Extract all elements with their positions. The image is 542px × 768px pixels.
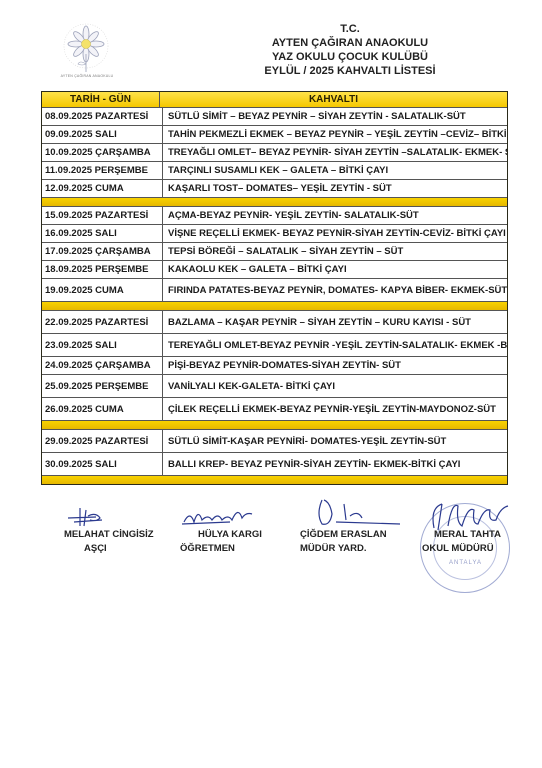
- menu-cell: VANİLYALI KEK-GALETA- BİTKİ ÇAYI: [163, 375, 507, 397]
- date-cell: 09.09.2025 SALI: [42, 126, 163, 143]
- table-row: 24.09.2025 ÇARŞAMBAPİŞİ-BEYAZ PEYNİR-DOM…: [42, 356, 507, 374]
- date-cell: 23.09.2025 SALI: [42, 334, 163, 356]
- signature-cook: MELAHAT CİNGİSİZ AŞÇI: [64, 508, 174, 556]
- signature-vice-principal: ÇİĞDEM ERASLAN MÜDÜR YARD.: [300, 508, 410, 556]
- week-separator: [42, 197, 507, 206]
- menu-cell: SÜTLÜ SİMİT-KAŞAR PEYNİRİ- DOMATES-YEŞİL…: [163, 430, 507, 452]
- menu-cell: KAŞARLI TOST– DOMATES– YEŞİL ZEYTİN - SÜ…: [163, 180, 507, 197]
- date-cell: 30.09.2025 SALI: [42, 453, 163, 475]
- logo-caption: AYTEN ÇAĞIRAN ANAOKULU: [52, 74, 122, 78]
- menu-cell: FIRINDA PATATES-BEYAZ PEYNİR, DOMATES- K…: [163, 279, 507, 301]
- date-cell: 12.09.2025 CUMA: [42, 180, 163, 197]
- table-row: 19.09.2025 CUMAFIRINDA PATATES-BEYAZ PEY…: [42, 278, 507, 301]
- table-row: 25.09.2025 PERŞEMBEVANİLYALI KEK-GALETA-…: [42, 374, 507, 397]
- table-row: 30.09.2025 SALIBALLI KREP- BEYAZ PEYNİR-…: [42, 452, 507, 475]
- menu-cell: SÜTLÜ SİMİT – BEYAZ PEYNİR – SİYAH ZEYTİ…: [163, 108, 507, 125]
- date-cell: 18.09.2025 PERŞEMBE: [42, 261, 163, 278]
- table-row: 15.09.2025 PAZARTESİAÇMA-BEYAZ PEYNİR- Y…: [42, 206, 507, 224]
- document-header: T.C. AYTEN ÇAĞIRAN ANAOKULU YAZ OKULU ÇO…: [180, 22, 520, 78]
- header-line-tc: T.C.: [180, 22, 520, 36]
- handwritten-signature-icon: [310, 496, 410, 528]
- table-row: 10.09.2025 ÇARŞAMBATREYAĞLI OMLET– BEYAZ…: [42, 143, 507, 161]
- date-cell: 16.09.2025 SALI: [42, 225, 163, 242]
- daisy-flower-logo-icon: [58, 20, 114, 82]
- date-cell: 10.09.2025 ÇARŞAMBA: [42, 144, 163, 161]
- signer-role: OKUL MÜDÜRÜ: [422, 542, 522, 556]
- menu-cell: ÇİLEK REÇELLİ EKMEK-BEYAZ PEYNİR-YEŞİL Z…: [163, 398, 507, 420]
- week-separator: [42, 475, 507, 484]
- menu-cell: BAZLAMA – KAŞAR PEYNİR – SİYAH ZEYTİN – …: [163, 311, 507, 333]
- week-separator: [42, 301, 507, 310]
- signer-role: MÜDÜR YARD.: [300, 542, 410, 556]
- menu-cell: TEPSİ BÖREĞİ – SALATALIK – SİYAH ZEYTİN …: [163, 243, 507, 260]
- table-row: 23.09.2025 SALITEREYAĞLI OMLET-BEYAZ PEY…: [42, 333, 507, 356]
- handwritten-signature-icon: [428, 498, 518, 536]
- date-cell: 17.09.2025 ÇARŞAMBA: [42, 243, 163, 260]
- date-cell: 22.09.2025 PAZARTESİ: [42, 311, 163, 333]
- table-row: 22.09.2025 PAZARTESİBAZLAMA – KAŞAR PEYN…: [42, 310, 507, 333]
- date-cell: 24.09.2025 ÇARŞAMBA: [42, 357, 163, 374]
- date-cell: 19.09.2025 CUMA: [42, 279, 163, 301]
- header-club-name: YAZ OKULU ÇOCUK KULÜBÜ: [180, 50, 520, 64]
- table-row: 18.09.2025 PERŞEMBEKAKAOLU KEK – GALETA …: [42, 260, 507, 278]
- table-row: 16.09.2025 SALIVİŞNE REÇELLİ EKMEK- BEYA…: [42, 224, 507, 242]
- signer-role: AŞÇI: [64, 542, 174, 556]
- handwritten-signature-icon: [180, 504, 260, 528]
- menu-cell: TREYAĞLI OMLET– BEYAZ PEYNİR- SİYAH ZEYT…: [163, 144, 507, 161]
- table-row: 26.09.2025 CUMAÇİLEK REÇELLİ EKMEK-BEYAZ…: [42, 397, 507, 420]
- column-header-date: TARİH - GÜN: [42, 92, 160, 107]
- date-cell: 08.09.2025 PAZARTESİ: [42, 108, 163, 125]
- menu-cell: PİŞİ-BEYAZ PEYNİR-DOMATES-SİYAH ZEYTİN- …: [163, 357, 507, 374]
- header-school-name: AYTEN ÇAĞIRAN ANAOKULU: [180, 36, 520, 50]
- menu-cell: KAKAOLU KEK – GALETA – BİTKİ ÇAYI: [163, 261, 507, 278]
- table-row: 12.09.2025 CUMAKAŞARLI TOST– DOMATES– YE…: [42, 179, 507, 197]
- signature-principal: MERAL TAHTA OKUL MÜDÜRÜ: [422, 508, 522, 556]
- date-cell: 29.09.2025 PAZARTESİ: [42, 430, 163, 452]
- table-row: 08.09.2025 PAZARTESİSÜTLÜ SİMİT – BEYAZ …: [42, 107, 507, 125]
- menu-cell: TARÇINLI SUSAMLI KEK – GALETA – BİTKİ ÇA…: [163, 162, 507, 179]
- table-row: 11.09.2025 PERŞEMBETARÇINLI SUSAMLI KEK …: [42, 161, 507, 179]
- date-cell: 26.09.2025 CUMA: [42, 398, 163, 420]
- school-logo: [58, 20, 114, 82]
- handwritten-signature-icon: [66, 506, 106, 528]
- breakfast-table: TARİH - GÜN KAHVALTI 08.09.2025 PAZARTES…: [41, 91, 508, 485]
- menu-cell: BALLI KREP- BEYAZ PEYNİR-SİYAH ZEYTİN- E…: [163, 453, 507, 475]
- menu-cell: VİŞNE REÇELLİ EKMEK- BEYAZ PEYNİR-SİYAH …: [163, 225, 507, 242]
- table-row: 29.09.2025 PAZARTESİSÜTLÜ SİMİT-KAŞAR PE…: [42, 429, 507, 452]
- date-cell: 15.09.2025 PAZARTESİ: [42, 207, 163, 224]
- signature-block: MELAHAT CİNGİSİZ AŞÇI HÜLYA KARGI ÖĞRETM…: [0, 500, 542, 610]
- week-separator: [42, 420, 507, 429]
- signature-teacher: HÜLYA KARGI ÖĞRETMEN: [180, 508, 280, 556]
- signer-role: ÖĞRETMEN: [180, 542, 280, 556]
- page-title: EYLÜL / 2025 KAHVALTI LİSTESİ: [180, 64, 520, 78]
- table-row: 17.09.2025 ÇARŞAMBATEPSİ BÖREĞİ – SALATA…: [42, 242, 507, 260]
- date-cell: 25.09.2025 PERŞEMBE: [42, 375, 163, 397]
- column-header-menu: KAHVALTI: [160, 92, 507, 107]
- date-cell: 11.09.2025 PERŞEMBE: [42, 162, 163, 179]
- menu-cell: TEREYAĞLI OMLET-BEYAZ PEYNİR -YEŞİL ZEYT…: [163, 334, 507, 356]
- menu-cell: AÇMA-BEYAZ PEYNİR- YEŞİL ZEYTİN- SALATAL…: [163, 207, 507, 224]
- table-row: 09.09.2025 SALITAHİN PEKMEZLİ EKMEK – BE…: [42, 125, 507, 143]
- table-header-row: TARİH - GÜN KAHVALTI: [42, 92, 507, 107]
- menu-cell: TAHİN PEKMEZLİ EKMEK – BEYAZ PEYNİR – YE…: [163, 126, 507, 143]
